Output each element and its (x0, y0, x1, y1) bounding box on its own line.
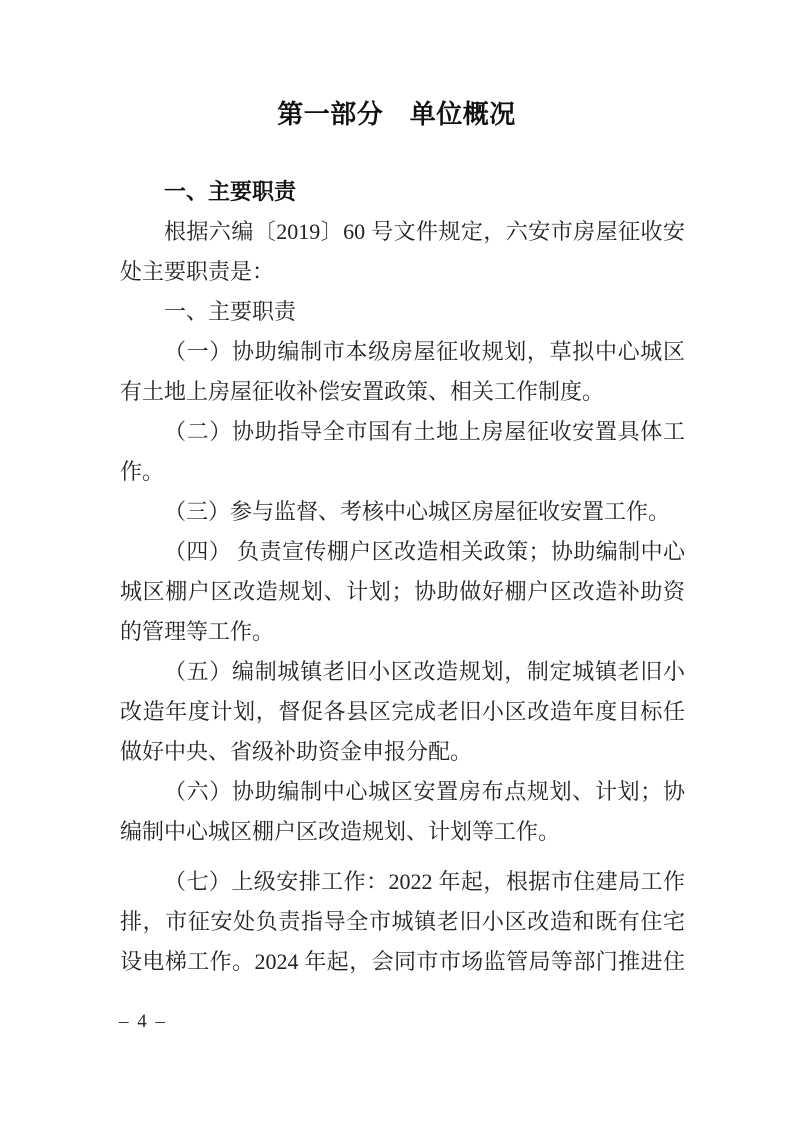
text-line: 做好中央、省级补助资金申报分配。 (120, 732, 685, 772)
text-line: 有土地上房屋征收补偿安置政策、相关工作制度。 (120, 372, 685, 412)
page-title: 第一部分 单位概况 (0, 94, 793, 134)
text-line: 改造年度计划，督促各县区完成老旧小区改造年度目标任务， (120, 692, 685, 732)
paragraph: （三）参与监督、考核中心城区房屋征收安置工作。 (120, 492, 685, 532)
text-line: （一）协助编制市本级房屋征收规划，草拟中心城区国 (120, 332, 685, 372)
text-line: 处主要职责是： (120, 252, 685, 292)
text-line: （五）编制城镇老旧小区改造规划，制定城镇老旧小区 (120, 652, 685, 692)
paragraph: 根据六编〔2019〕60 号文件规定，六安市房屋征收安置处主要职责是： (120, 212, 685, 292)
text-line: 的管理等工作。 (120, 612, 685, 652)
paragraph: （七）上级安排工作：2022 年起，根据市住建局工作安排，市征安处负责指导全市城… (120, 862, 685, 982)
text-line: 一、主要职责 (120, 292, 685, 332)
paragraph: （五）编制城镇老旧小区改造规划，制定城镇老旧小区改造年度计划，督促各县区完成老旧… (120, 652, 685, 772)
paragraph: 一、主要职责 (120, 292, 685, 332)
text-line: 作。 (120, 452, 685, 492)
document-body: 一、主要职责 根据六编〔2019〕60 号文件规定，六安市房屋征收安置处主要职责… (120, 172, 685, 982)
paragraph: （二）协助指导全市国有土地上房屋征收安置具体工作。 (120, 412, 685, 492)
page-number: – 4 – (119, 1010, 167, 1034)
document-page: 第一部分 单位概况 一、主要职责 根据六编〔2019〕60 号文件规定，六安市房… (0, 0, 793, 1122)
text-line: （六）协助编制中心城区安置房布点规划、计划；协助 (120, 772, 685, 812)
text-line: 排，市征安处负责指导全市城镇老旧小区改造和既有住宅增 (120, 902, 685, 942)
text-line: （三）参与监督、考核中心城区房屋征收安置工作。 (120, 492, 685, 532)
section-heading: 一、主要职责 (120, 172, 685, 212)
paragraph: （六）协助编制中心城区安置房布点规划、计划；协助编制中心城区棚户区改造规划、计划… (120, 772, 685, 852)
text-line: 设电梯工作。2024 年起，会同市市场监管局等部门推进住宅 (120, 942, 685, 982)
text-line: 编制中心城区棚户区改造规划、计划等工作。 (120, 812, 685, 852)
text-line: （二）协助指导全市国有土地上房屋征收安置具体工 (120, 412, 685, 452)
text-line: （四） 负责宣传棚户区改造相关政策；协助编制中心 (120, 532, 685, 572)
paragraph: （四） 负责宣传棚户区改造相关政策；协助编制中心城区棚户区改造规划、计划；协助做… (120, 532, 685, 652)
text-line: 城区棚户区改造规划、计划；协助做好棚户区改造补助资金 (120, 572, 685, 612)
paragraph: （一）协助编制市本级房屋征收规划，草拟中心城区国有土地上房屋征收补偿安置政策、相… (120, 332, 685, 412)
paragraphs: 根据六编〔2019〕60 号文件规定，六安市房屋征收安置处主要职责是：一、主要职… (120, 212, 685, 982)
text-line: 根据六编〔2019〕60 号文件规定，六安市房屋征收安置 (120, 212, 685, 252)
text-line: （七）上级安排工作：2022 年起，根据市住建局工作安 (120, 862, 685, 902)
